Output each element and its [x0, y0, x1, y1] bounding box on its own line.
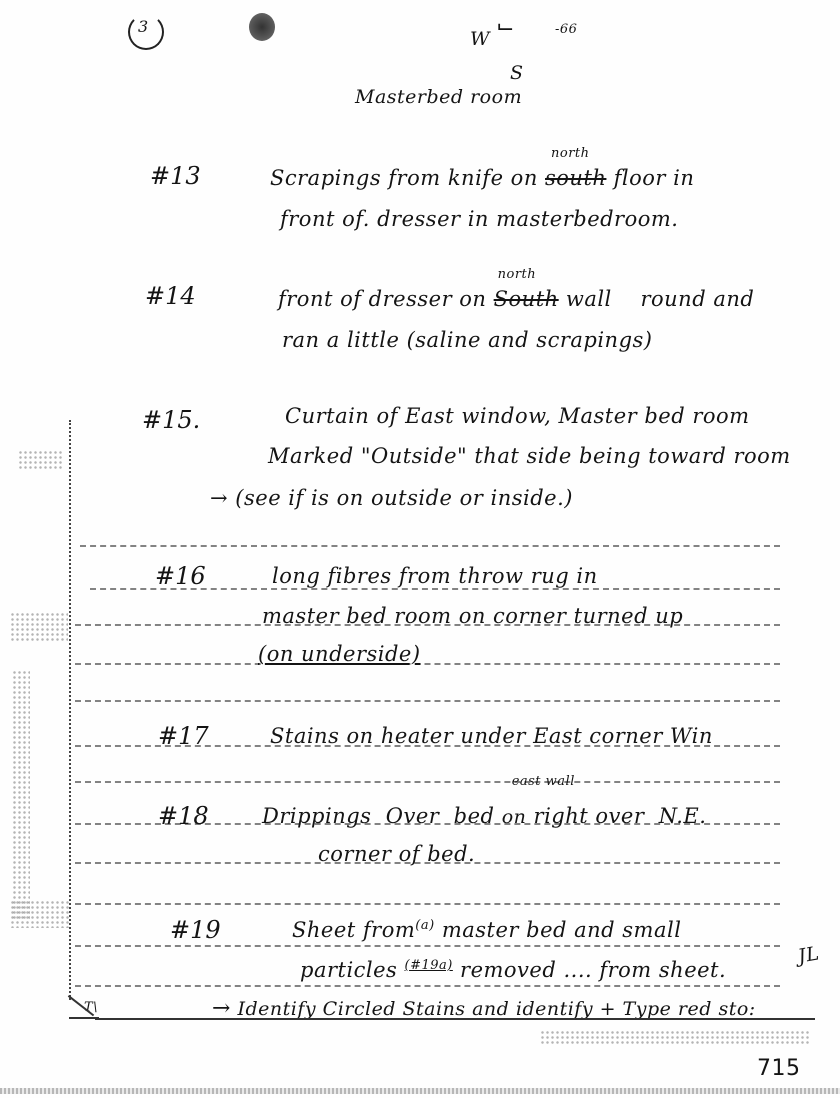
item-number-19: #19 [170, 916, 221, 944]
text-segment: Drippings Over bed [262, 804, 502, 828]
text-segment: Scrapings from knife on [270, 166, 545, 190]
item-18-line-2: corner of bed. [318, 842, 475, 866]
item-14-line-1: front of dresser on Southnorth wall roun… [278, 287, 754, 311]
item-15-line-3: → (see if is on outside or inside.) [210, 486, 573, 510]
item-19-line-2: particles (#19a) removed .... from sheet… [300, 958, 726, 982]
compass-annotation: -66 [555, 22, 577, 37]
item-16-line-2: master bed room on corner turned up [262, 604, 683, 628]
scan-noise [10, 612, 68, 642]
struck-word: south [545, 166, 606, 190]
scan-edge [0, 1088, 840, 1094]
border-corner [69, 995, 99, 1019]
ruled-line [75, 903, 780, 905]
compass-south: S [510, 62, 524, 84]
document-page: 3 W ⌙ -66 S Masterbed room #13 Scrapings… [0, 0, 840, 1098]
item-13-line-2: front of. dresser in masterbedroom. [280, 207, 678, 231]
text-segment: right over N.E. [526, 804, 706, 828]
item-18-line-1: Drippings Over bed oneast wall right ove… [262, 804, 706, 828]
text-segment: Identify Circled Stains and identify + T… [237, 998, 755, 1020]
item-number-13: #13 [150, 162, 201, 190]
text-segment: master bed and small [435, 918, 682, 942]
margin-initials: JL [796, 942, 821, 967]
page-title: Masterbed room [355, 86, 522, 108]
inserted-word: on [502, 806, 527, 828]
inserted-word: north [498, 267, 537, 282]
item-13-line-1: Scrapings from knife on southnorth floor… [270, 166, 694, 190]
item-19-line-1: Sheet from(a) master bed and small [292, 918, 681, 942]
item-16-line-3: (on underside) [258, 642, 421, 666]
item-17-line-1: Stains on heater under East corner Win [270, 724, 713, 748]
superscript-label: (#19a) [405, 958, 453, 973]
ruled-line [75, 985, 780, 987]
text-segment: front of dresser on [278, 287, 494, 311]
item-15-line-2: Marked "Outside" that side being toward … [268, 444, 791, 468]
scan-noise [10, 900, 70, 928]
item-number-18: #18 [158, 802, 209, 830]
item-16-line-1: long fibres from throw rug in [272, 564, 598, 588]
struck-word: South [494, 287, 559, 311]
item-number-14: #14 [145, 282, 196, 310]
scan-noise [18, 450, 63, 470]
text-segment: Sheet from [292, 918, 415, 942]
bottom-border-line [95, 1018, 815, 1020]
superscript-label: (a) [415, 918, 434, 933]
ruled-line [75, 781, 780, 783]
circled-number-text: 3 [138, 17, 148, 36]
item-number-15: #15. [142, 406, 200, 434]
ruled-line [80, 545, 780, 547]
ruled-line [75, 700, 780, 702]
item-number-16: #16 [155, 562, 206, 590]
scan-noise [540, 1030, 810, 1046]
item-14-line-2: ran a little (saline and scrapings) [282, 328, 653, 352]
page-number: 715 [757, 1056, 801, 1081]
scan-noise [12, 670, 30, 920]
inserted-word: north [551, 146, 590, 161]
circled-page-number: 3 [128, 14, 164, 50]
arrow-icon: → [210, 486, 228, 510]
ruled-line [75, 945, 780, 947]
text-segment: particles [300, 958, 405, 982]
text-segment: floor in [606, 166, 694, 190]
text-segment: wall round and [559, 287, 755, 311]
inserted-word: east wall [512, 774, 575, 789]
punch-hole [249, 13, 275, 41]
item-number-17: #17 [158, 722, 209, 750]
compass-arrow-icon: ⌙ [496, 14, 515, 39]
compass-west: W [470, 28, 490, 50]
text-segment: (see if is on outside or inside.) [235, 486, 573, 510]
text-segment: removed .... from sheet. [453, 958, 726, 982]
ruled-line [75, 663, 780, 665]
item-15-line-1: Curtain of East window, Master bed room [285, 404, 750, 428]
